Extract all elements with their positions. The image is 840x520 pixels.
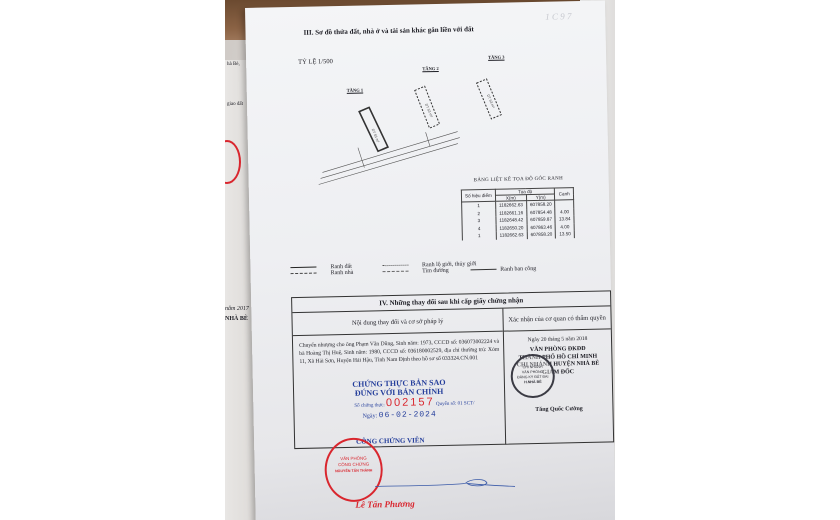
section-4-table: IV. Những thay đổi sau khi cấp giấy chứn…: [291, 290, 614, 449]
number-label: Số chứng thực:: [354, 403, 385, 409]
certification-number: 002157: [386, 396, 435, 409]
coordinate-cell: 1182662.63: [496, 231, 527, 239]
coordinate-cell: 1: [462, 232, 496, 240]
margin-date: năm 2017: [225, 306, 249, 312]
notary-name: Lê Tấn Phương: [355, 499, 414, 510]
notary-signature: [375, 476, 515, 493]
parcel-diagram: DT 53 m² DT 53 m² DT 53 m²: [306, 72, 528, 187]
date-label: Ngày:: [363, 413, 378, 419]
legend-solid-line: [290, 267, 316, 269]
book-number: Quyển số: 01 SCT/: [436, 401, 475, 407]
legend-thin-line: [470, 269, 496, 271]
svg-text:DT 53 m²: DT 53 m²: [424, 103, 434, 119]
legend-label: Ranh nhà: [331, 269, 381, 276]
header-point: Số hiệu điểm: [461, 189, 495, 202]
map-legend: Ranh đất Ranh lộ giới, thủy giới Ranh nh…: [290, 260, 536, 277]
transfer-text: Chuyển nhượng cho ông Phạm Văn Dũng, Sin…: [293, 332, 504, 367]
coordinate-cell: 607858.20: [527, 231, 556, 239]
margin-fragment: giao đất: [227, 102, 243, 107]
section-3-title: III. Sơ đồ thửa đất, nhà ở và tài sản kh…: [303, 25, 473, 37]
handwritten-note: 1 C 9 7: [545, 11, 571, 22]
partial-red-seal: [225, 140, 241, 184]
legend-dotted-line: [382, 265, 408, 267]
legend-label: Tim đường: [422, 268, 449, 275]
coordinate-cell: 1182648.42: [496, 216, 527, 224]
confirmation-header: Xác nhận của cơ quan có thẩm quyền: [503, 306, 610, 331]
svg-text:DT 53 m²: DT 53 m²: [371, 128, 381, 144]
edge-cell: 13.50: [556, 230, 575, 238]
document-photo: hà Bè, giao đất năm 2017 NHÀ BÈ III. Sơ …: [225, 0, 615, 520]
coordinate-table: Số hiệu điểm Tọa độ Cạnh X(m) Y(m) 11182…: [461, 187, 575, 240]
floor-label: TẦNG 2: [422, 66, 438, 71]
signer-name: Tăng Quốc Cường: [505, 405, 612, 413]
legend-dashdot-line: [382, 271, 408, 273]
coordinate-cell: 1182662.63: [495, 201, 526, 210]
coordinate-row: 11182662.63607858.2013.50: [462, 230, 574, 240]
seal-line: NGUYỄN TẤN THÀNH: [327, 467, 381, 474]
floor-label: TẦNG 3: [488, 55, 504, 60]
certification-date-row: Ngày: 06-02-2024: [294, 408, 504, 421]
margin-fragment: hà Bè,: [227, 62, 240, 67]
legend-label: Ranh ban công: [500, 266, 536, 273]
confirmation-date: Ngày 20 tháng 5 năm 2018: [504, 335, 611, 343]
certification-date: 06-02-2024: [379, 410, 437, 420]
coordinate-table-title: BẢNG LIỆT KÊ TỌA ĐỘ GÓC RANH: [474, 176, 563, 183]
certificate-page: III. Sơ đồ thửa đất, nhà ở và tài sản kh…: [245, 0, 615, 520]
seal-line: H.NHÀ BÈ: [513, 380, 553, 386]
coordinate-cell: 607859.87: [527, 216, 556, 224]
changes-column: Nội dung thay đổi và cơ sở pháp lý Chuyể…: [292, 309, 506, 449]
map-scale: TỶ LỆ 1/500: [298, 58, 333, 66]
header-edge: Cạnh: [555, 188, 574, 200]
coordinate-cell: 607858.20: [526, 200, 555, 209]
margin-office: NHÀ BÈ: [225, 316, 248, 322]
svg-text:DT 53 m²: DT 53 m²: [486, 94, 496, 110]
legend-dashed-line: [291, 273, 317, 275]
